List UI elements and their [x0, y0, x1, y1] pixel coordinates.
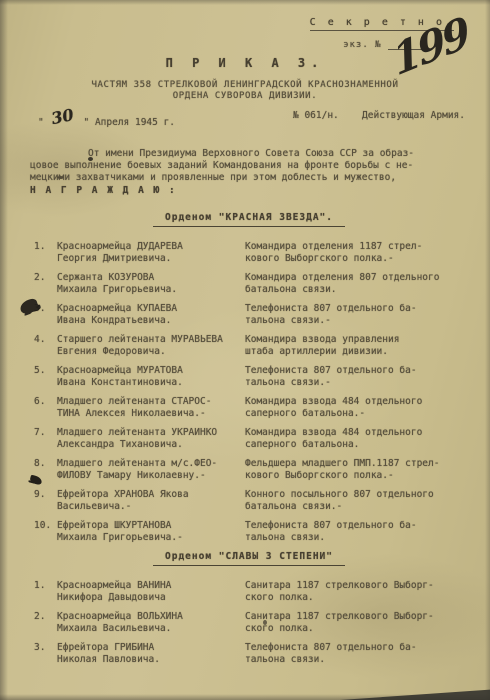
order-number: № 061/н. [293, 110, 339, 121]
award-row: 5. Красноармейца МУРАТОВА Ивана Констант… [30, 365, 468, 388]
awardee-name: Красноармейца МУРАТОВА Ивана Константино… [57, 365, 245, 388]
awardee-role: Фельдшера младшего ПМП.1187 стрел- ковог… [245, 458, 468, 481]
award-row: 2. Красноармейца ВОЛЬХИНА Михаила Василь… [30, 611, 468, 634]
awardee-role: Командира отделения 807 отдельного батал… [245, 272, 468, 295]
row-number: 10. [30, 520, 57, 543]
row-number: 7. [30, 427, 57, 450]
date-line: " 30 " Апреля 1945 г. № 061/н. Действующ… [38, 110, 465, 124]
awardee-role: Санитара 1187 стрелкового Выборг- ского … [245, 611, 468, 634]
row-number: 6. [30, 396, 57, 419]
order-title: П Р И К А З. [0, 56, 490, 70]
awardee-name: Младшего лейтенанта УКРАИНКО Александра … [57, 427, 245, 450]
awardee-name: Старшего лейтенанта МУРАВЬЕВА Евгения Фе… [57, 334, 245, 357]
division-line-2: ОРДЕНА СУВОРОВА ДИВИЗИИ. [0, 91, 490, 102]
awardee-role: Телефониста 807 отдельного ба- тальона с… [245, 303, 468, 326]
row-number: 1. [30, 580, 57, 603]
date-month-year: Апреля 1945 г. [95, 117, 175, 128]
awardee-name: Ефрейтора ХРАНОВА Якова Васильевича.- [57, 489, 245, 512]
awardee-role: Конного посыльного 807 отдельного баталь… [245, 489, 468, 512]
row-number: 3. [30, 642, 57, 665]
scan-edge-right [485, 0, 490, 700]
row-number: 9. [30, 489, 57, 512]
row-number: 4. [30, 334, 57, 357]
awardee-name: Красноармейца КУПАЕВА Ивана Кондратьевич… [57, 303, 245, 326]
preamble-paragraph: От имени Президиума Верховного Совета Со… [30, 148, 468, 184]
award-row: 8. Младшего лейтенанта м/с.ФЕО- ФИЛОВУ Т… [30, 458, 468, 481]
awardee-name: Ефрейтора ГРИБИНА Николая Павловича. [57, 642, 245, 665]
awardee-role: Командира взвода 484 отдельного саперног… [245, 427, 468, 450]
award-row: 10. Ефрейтора ШКУРТАНОВА Михаила Григорь… [30, 520, 468, 543]
awardee-name: Младшего лейтенанта м/с.ФЕО- ФИЛОВУ Тама… [57, 458, 245, 481]
awardee-role: Командира взвода управления штаба артилл… [245, 334, 468, 357]
awardee-name: Красноармейца ДУДАРЕВА Георгия Дмитриеви… [57, 241, 245, 264]
army-note: Действующая Армия. [362, 110, 465, 121]
award-row: 1. Красноармейца ВАНИНА Никифора Давыдов… [30, 580, 468, 603]
copy-number-label: экз. № [343, 40, 382, 50]
row-number: 5. [30, 365, 57, 388]
award-row: 9. Ефрейтора ХРАНОВА Якова Васильевича.-… [30, 489, 468, 512]
award-declaration: Н А Г Р А Ж Д А Ю : [30, 185, 468, 197]
order-date: " 30 " Апреля 1945 г. [38, 110, 175, 129]
handwritten-day: 30 [50, 105, 76, 128]
award-row: 3. Красноармейца КУПАЕВА Ивана Кондратье… [30, 303, 468, 326]
award-row: 1. Красноармейца ДУДАРЕВА Георгия Дмитри… [30, 241, 468, 264]
section-heading-red-star: Орденом "КРАСНАЯ ЗВЕЗДА". [30, 212, 468, 227]
row-number: 2. [30, 272, 57, 295]
row-number: 3. [30, 303, 57, 326]
awardee-name: Ефрейтора ШКУРТАНОВА Михаила Григорьевич… [57, 520, 245, 543]
quote-close: " [83, 117, 89, 128]
awardee-role: Телефониста 807 отдельного ба- тальона с… [245, 520, 468, 543]
awardee-role: Командира взвода 484 отдельного саперног… [245, 396, 468, 419]
row-number: 1. [30, 241, 57, 264]
section-heading-glory-3rd: Орденом "СЛАВЫ 3 СТЕПЕНИ" [30, 551, 468, 566]
row-number: 8. [30, 458, 57, 481]
awardee-name: Сержанта КОЗУРОВА Михаила Григорьевича. [57, 272, 245, 295]
award-row: 2. Сержанта КОЗУРОВА Михаила Григорьевич… [30, 272, 468, 295]
award-row: 3. Ефрейтора ГРИБИНА Николая Павловича. … [30, 642, 468, 665]
award-row: 7. Младшего лейтенанта УКРАИНКО Александ… [30, 427, 468, 450]
document-page: С е к р е т н о. экз. № 199 П Р И К А З.… [0, 0, 490, 700]
division-designation: ЧАСТЯМ 358 СТРЕЛКОВОЙ ЛЕНИНГРАДСКОЙ КРАС… [0, 80, 490, 102]
division-line-1: ЧАСТЯМ 358 СТРЕЛКОВОЙ ЛЕНИНГРАДСКОЙ КРАС… [0, 80, 490, 91]
awardee-role: Санитара 1187 стрелкового Выборг- ского … [245, 580, 468, 603]
scan-edge-left [0, 0, 8, 700]
awardee-role: Командира отделения 1187 стрел- кового В… [245, 241, 468, 264]
order-body: От имени Президиума Верховного Совета Со… [30, 148, 468, 673]
scan-edge-top [0, 0, 490, 5]
award-row: 4. Старшего лейтенанта МУРАВЬЕВА Евгения… [30, 334, 468, 357]
awardee-name: Красноармейца ВОЛЬХИНА Михаила Васильеви… [57, 611, 245, 634]
award-row: 6. Младшего лейтенанта СТАРОС- ТИНА Алек… [30, 396, 468, 419]
awardee-role: Телефониста 807 отдельного ба- тальона с… [245, 642, 468, 665]
row-number: 2. [30, 611, 57, 634]
awardee-role: Телефониста 807 отдельного ба- тальона с… [245, 365, 468, 388]
awardee-name: Красноармейца ВАНИНА Никифора Давыдовича [57, 580, 245, 603]
quote-open: " [38, 117, 44, 128]
awardee-name: Младшего лейтенанта СТАРОС- ТИНА Алексея… [57, 396, 245, 419]
